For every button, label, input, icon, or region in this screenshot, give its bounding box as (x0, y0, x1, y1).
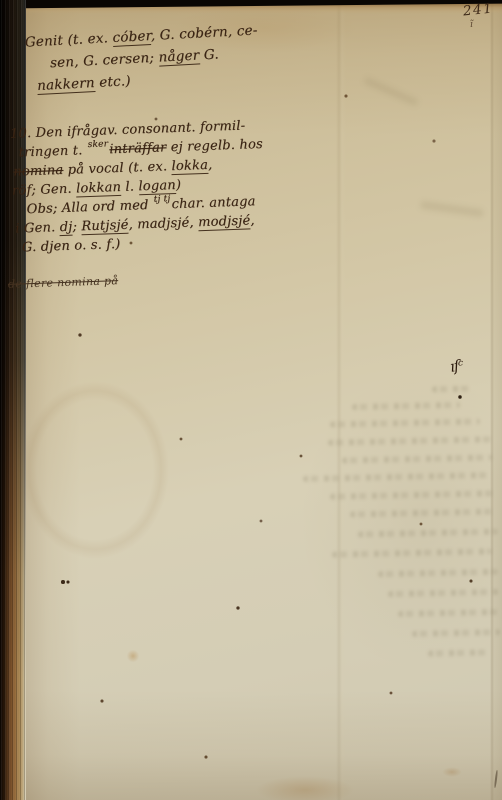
text-segment: Obs; Alla ord med (26, 198, 153, 217)
text-segment: , madjsjé, (128, 215, 198, 232)
margin-flourish: ıſᶜ (449, 356, 464, 376)
underlined-word: logan (138, 178, 176, 195)
underlined-word: dj (59, 220, 72, 236)
text-segment: röf; Gen. (12, 181, 77, 198)
text-segment: i Gen. (15, 220, 60, 237)
text-segment: char. antaga (171, 194, 256, 212)
text-segment: ) (176, 178, 182, 193)
underlined-word: cóber (112, 28, 151, 47)
text-segment: etc.) (94, 73, 131, 91)
text-segment: Genit (t. ex. (24, 30, 112, 51)
text-segment: på vocal (t. ex. (63, 159, 172, 178)
struck-word: inträffar (109, 140, 167, 157)
underlined-word: lokka (171, 158, 208, 175)
manuscript-photo: 241 ĩ Genit (t. ex. cóber, G. cobérn, ce… (0, 0, 502, 800)
page-number: 241 (462, 0, 494, 19)
text-segment: tringen t. (18, 143, 87, 160)
book-binding (0, 0, 26, 800)
underlined-word: lokkan (76, 180, 122, 198)
text-segment: l. (121, 179, 139, 195)
inserted-word: sker (87, 139, 108, 150)
text-segment: , (250, 213, 255, 228)
underlined-word: modjsjé (198, 213, 251, 231)
underlined-word: nakkern (37, 75, 95, 95)
manuscript-block-item10: 10. Den ifrågav. consonant. formil-tring… (10, 117, 284, 259)
text-segment: G. djen o. s. f.) (22, 237, 121, 255)
text-segment: , (208, 158, 213, 173)
inserted-word: tj tj (154, 194, 171, 205)
underlined-word: Rutjsjé (81, 218, 129, 236)
struck-word: nomina (13, 163, 64, 180)
corner-mark: ĩ (470, 20, 473, 30)
text-segment: ej regelb. hos (166, 137, 263, 155)
text-segment: G. (199, 46, 219, 63)
manuscript-block-genitive: Genit (t. ex. cóber, G. cobérn, ce-sen, … (24, 22, 277, 101)
foxing-specks (0, 0, 2, 2)
underlined-word: någer (158, 47, 200, 66)
